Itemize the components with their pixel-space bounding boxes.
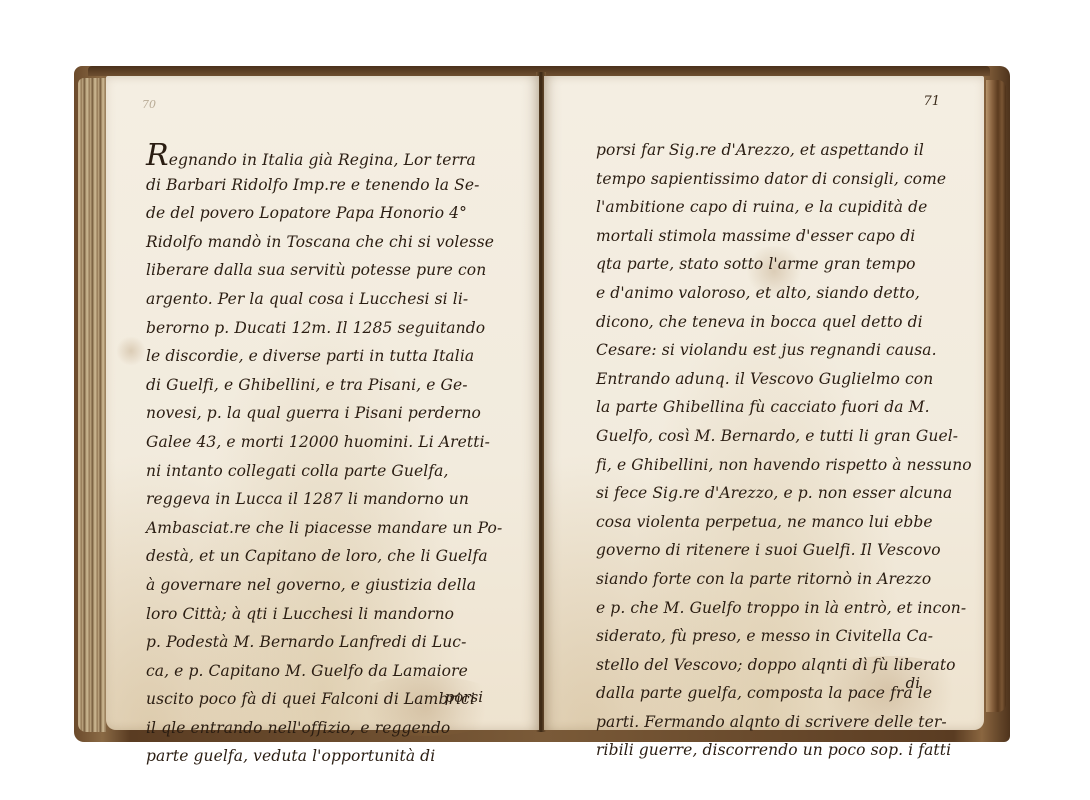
text-line: mortali stimola massime d'esser capo di (596, 222, 958, 251)
text-line: à governare nel governo, e giustizia del… (146, 571, 519, 600)
text-line: tempo sapientissimo dator di consigli, c… (596, 165, 958, 194)
open-manuscript-book: 70 Regnando in Italia già Regina, Lor te… (74, 66, 1010, 742)
left-page-edges (78, 78, 106, 732)
text-line: porsi far Sig.re d'Arezzo, et aspettando… (596, 136, 958, 165)
text-line: si fece Sig.re d'Arezzo, e p. non esser … (596, 479, 958, 508)
text-line: Ridolfo mandò in Toscana che chi si vole… (146, 228, 519, 257)
text-line: e d'animo valoroso, et alto, siando dett… (596, 279, 958, 308)
text-line: dicono, che teneva in bocca quel detto d… (596, 308, 958, 337)
text-line: qta parte, stato sotto l'arme gran tempo (596, 250, 958, 279)
text-line: ni intanto collegati colla parte Guelfa, (146, 457, 519, 486)
text-line: argento. Per la qual cosa i Lucchesi si … (146, 285, 519, 314)
text-line: di Barbari Ridolfo Imp.re e tenendo la S… (146, 171, 519, 200)
text-line: Cesare: si violandu est jus regnandi cau… (596, 336, 958, 365)
text-line: loro Città; à qti i Lucchesi li mandorno (146, 600, 519, 629)
text-line: le discordie, e diverse parti in tutta I… (146, 342, 519, 371)
text-line: berorno p. Ducati 12m. Il 1285 seguitand… (146, 314, 519, 343)
left-page: 70 Regnando in Italia già Regina, Lor te… (106, 76, 539, 730)
text-line: siderato, fù preso, e messo in Civitella… (596, 622, 958, 651)
text-line: fi, e Ghibellini, non havendo rispetto à… (596, 451, 958, 480)
text-line: governo di ritenere i suoi Guelfi. Il Ve… (596, 536, 958, 565)
text-line: dalla parte guelfa, composta la pace fra… (596, 679, 958, 708)
text-line: Galee 43, e morti 12000 huomini. Li Aret… (146, 428, 519, 457)
text-line: reggeva in Lucca il 1287 li mandorno un (146, 485, 519, 514)
text-line: siando forte con la parte ritornò in Are… (596, 565, 958, 594)
text-line: parti. Fermando alqnto di scrivere delle… (596, 708, 958, 737)
text-line: di Guelfi, e Ghibellini, e tra Pisani, e… (146, 371, 519, 400)
page-number: 70 (142, 98, 156, 111)
right-cover-edge (986, 80, 1006, 712)
text-line: liberare dalla sua servitù potesse pure … (146, 256, 519, 285)
text-line: il qle entrando nell'offizio, e reggendo (146, 714, 519, 743)
paper-stain (116, 336, 146, 366)
text-line: parte guelfa, veduta l'opportunità di (146, 742, 519, 771)
text-line: novesi, p. la qual guerra i Pisani perde… (146, 399, 519, 428)
text-line: p. Podestà M. Bernardo Lanfredi di Luc- (146, 628, 519, 657)
text-line: e p. che M. Guelfo troppo in là entrò, e… (596, 594, 958, 623)
manuscript-text: Regnando in Italia già Regina, Lor terra… (146, 142, 519, 771)
text-line: Guelfo, così M. Bernardo, e tutti li gra… (596, 422, 958, 451)
text-line: ribili guerre, discorrendo un poco sop. … (596, 736, 958, 765)
right-page: 71 porsi far Sig.re d'Arezzo, et aspetta… (544, 76, 984, 730)
catchword: di (906, 674, 920, 692)
text-line: de del povero Lopatore Papa Honorio 4° (146, 199, 519, 228)
text-line: Entrando adunq. il Vescovo Guglielmo con (596, 365, 958, 394)
page-number: 71 (923, 94, 940, 109)
text-line: Ambasciat.re che li piacesse mandare un … (146, 514, 519, 543)
catchword: porsi (445, 688, 483, 706)
manuscript-text: porsi far Sig.re d'Arezzo, et aspettando… (596, 136, 958, 765)
text-line: Regnando in Italia già Regina, Lor terra (146, 142, 519, 171)
text-line: la parte Ghibellina fù cacciato fuori da… (596, 393, 958, 422)
text-line: ca, e p. Capitano M. Guelfo da Lamaiore (146, 657, 519, 686)
text-line: cosa violenta perpetua, ne manco lui ebb… (596, 508, 958, 537)
text-line: destà, et un Capitano de loro, che li Gu… (146, 542, 519, 571)
text-line: stello del Vescovo; doppo alqnti dì fù l… (596, 651, 958, 680)
text-line: l'ambitione capo di ruina, e la cupidità… (596, 193, 958, 222)
